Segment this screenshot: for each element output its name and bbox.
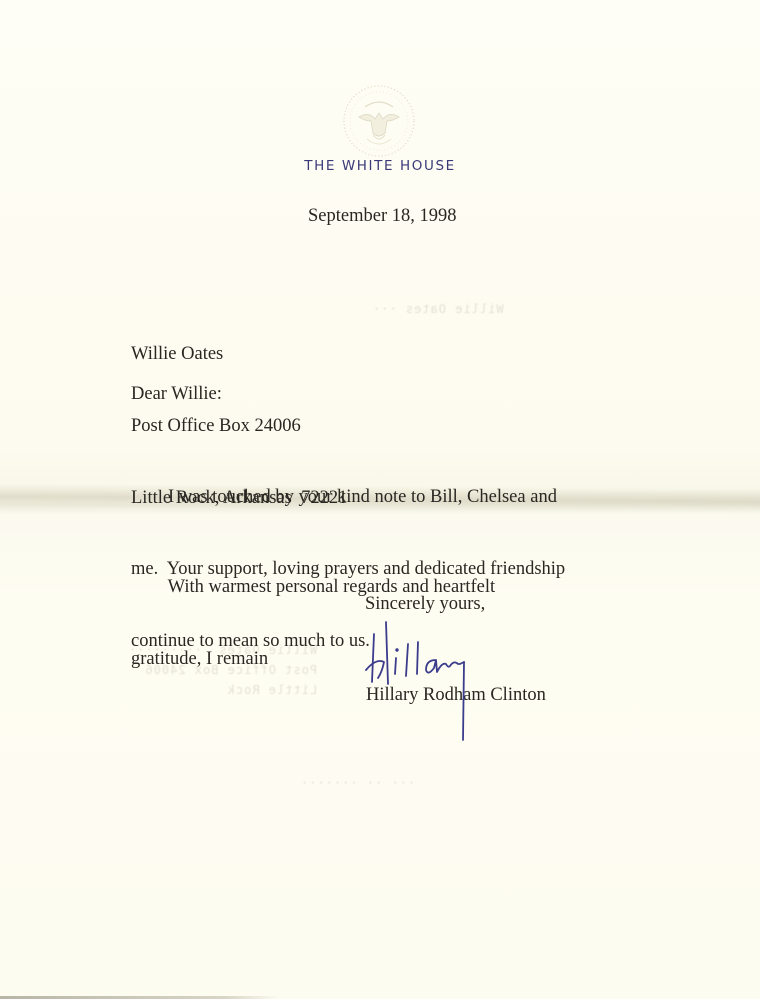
recipient-address-line: Post Office Box 24006: [131, 414, 347, 438]
letter-date: September 18, 1998: [308, 204, 457, 228]
closing: Sincerely yours,: [365, 592, 485, 616]
salutation: Dear Willie:: [131, 382, 222, 406]
recipient-name: Willie Oates: [131, 342, 347, 366]
show-through-text: ··· ·· ·······: [300, 776, 415, 790]
body-line: I was touched by your kind note to Bill,…: [131, 485, 565, 509]
presidential-seal-icon: [339, 83, 419, 159]
show-through-text: Willie Oates ···: [372, 302, 504, 316]
letterhead-title: THE WHITE HOUSE: [0, 158, 760, 174]
handwritten-signature: [362, 620, 492, 742]
